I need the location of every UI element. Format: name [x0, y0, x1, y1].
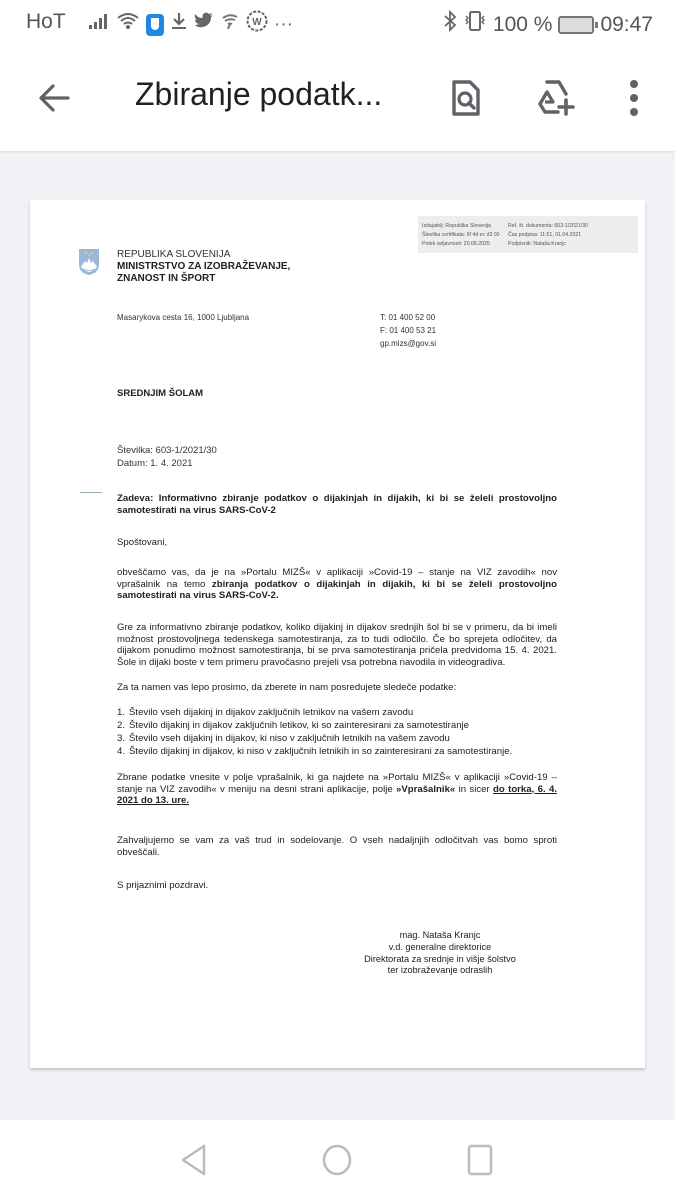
ministry-name-line1: MINISTRSTVO ZA IZOBRAŽEVANJE,	[117, 261, 290, 273]
paragraph-1: obveščamo vas, da je na »Portalu MIZŠ« v…	[117, 567, 557, 602]
paragraph-3: Za ta namen vas lepo prosimo, da zberete…	[117, 682, 557, 694]
nav-home-button[interactable]	[317, 1140, 357, 1180]
ministry-address: Masarykova cesta 16, 1000 Ljubljana	[117, 313, 249, 322]
signature-block: mag. Nataša Kranjc v.d. generalne direkt…	[340, 930, 540, 977]
document-title: Zbiranje podatk...	[135, 76, 382, 113]
subject-line: Zadeva: Informativno zbiranje podatkov o…	[117, 493, 557, 516]
carrier-name: HoT	[26, 10, 66, 34]
republic-name: REPUBLIKA SLOVENIJA	[117, 249, 290, 261]
sig-expiry: Potek veljavnosti: 20.08.2025	[422, 240, 508, 249]
more-options-button[interactable]	[610, 74, 658, 122]
document-search-icon	[442, 74, 490, 122]
back-button[interactable]	[34, 78, 74, 118]
battery-icon	[558, 16, 594, 34]
square-recents-icon	[461, 1140, 501, 1180]
system-navigation-bar	[0, 1120, 675, 1200]
document-number: Številka: 603-1/2021/30	[117, 444, 217, 457]
weather-icon	[220, 12, 240, 37]
fold-mark	[80, 492, 102, 493]
notification-icons: W ···	[88, 10, 293, 39]
nav-recents-button[interactable]	[461, 1140, 501, 1180]
sig-signer: Podpisnik: Nataša Kranjc	[508, 240, 566, 249]
sig-ref: Ref. št. dokumenta: 603-1/2021/30	[508, 222, 588, 231]
list-item: 2.Število dijakinj in dijakov zaključnih…	[117, 719, 567, 732]
ministry-name-line2: ZNANOST IN ŠPORT	[117, 273, 290, 285]
recipient: SREDNJIM ŠOLAM	[117, 388, 203, 399]
contact-block: T: 01 400 52 00 F: 01 400 53 21 gp.mizs@…	[380, 311, 436, 350]
arrow-left-icon	[34, 78, 74, 118]
wifi-icon	[116, 11, 140, 38]
add-to-drive-button[interactable]	[530, 74, 578, 122]
greeting: Spoštovani,	[117, 537, 557, 549]
more-notifications-icon: ···	[274, 13, 293, 37]
ministry-header: REPUBLIKA SLOVENIJA MINISTRSTVO ZA IZOBR…	[117, 249, 290, 285]
pdf-viewer[interactable]: Izdajatelj: Republika SlovenijaRef. št. …	[0, 153, 675, 1119]
document-date: Datum: 1. 4. 2021	[117, 457, 217, 470]
signer-dept-1: Direktorata za srednje in višje šolstvo	[340, 954, 540, 966]
signer-dept-2: ter izobraževanje odraslih	[340, 965, 540, 977]
email[interactable]: gp.mizs@gov.si	[380, 337, 436, 350]
battery-percent: 100 %	[493, 13, 553, 37]
paragraph-4: Zbrane podatke vnesite v polje vprašalni…	[117, 772, 557, 807]
download-icon	[170, 11, 188, 38]
twitter-icon	[194, 12, 214, 37]
digital-signature-box: Izdajatelj: Republika SlovenijaRef. št. …	[418, 216, 638, 253]
phone: T: 01 400 52 00	[380, 311, 436, 324]
drive-add-icon	[530, 74, 578, 122]
status-bar: HoT W ··· 100 % 09:47	[0, 0, 675, 48]
nav-back-button[interactable]	[173, 1140, 213, 1180]
pdf-page: Izdajatelj: Republika SlovenijaRef. št. …	[30, 200, 645, 1068]
system-indicators: 100 % 09:47	[443, 10, 653, 39]
w-app-icon: W	[246, 10, 268, 39]
list-item: 3.Število vseh dijakinj in dijakov, ki n…	[117, 732, 567, 745]
sig-issuer: Izdajatelj: Republika Slovenija	[422, 222, 508, 231]
document-reference: Številka: 603-1/2021/30 Datum: 1. 4. 202…	[117, 444, 217, 470]
fax: F: 01 400 53 21	[380, 324, 436, 337]
signer-title: v.d. generalne direktorice	[340, 942, 540, 954]
paragraph-2: Gre za informativno zbiranje podatkov, k…	[117, 622, 557, 668]
slovenia-coat-of-arms-icon	[78, 248, 100, 276]
app-bar: Zbiranje podatk...	[0, 48, 675, 152]
bluetooth-icon	[443, 10, 457, 39]
signal-icon	[88, 12, 110, 37]
sig-cert: Številka certifikata: 9f 4d ec d3 00	[422, 231, 508, 240]
requested-data-list: 1.Število vseh dijakinj in dijakov zaklj…	[117, 706, 567, 758]
shield-app-icon	[146, 14, 164, 36]
svg-text:W: W	[252, 17, 262, 28]
more-vert-icon	[610, 74, 658, 122]
list-item: 1.Število vseh dijakinj in dijakov zaklj…	[117, 706, 567, 719]
closing: S prijaznimi pozdravi.	[117, 880, 557, 892]
sig-time: Čas podpisa: 11:51, 01.04.2021	[508, 231, 581, 240]
list-item: 4.Število dijakinj in dijakov, ki niso v…	[117, 745, 567, 758]
signer-name: mag. Nataša Kranjc	[340, 930, 540, 942]
find-in-document-button[interactable]	[442, 74, 490, 122]
circle-home-icon	[317, 1140, 357, 1180]
vibrate-icon	[463, 10, 487, 39]
triangle-back-icon	[173, 1140, 213, 1180]
paragraph-5: Zahvaljujemo se vam za vaš trud in sodel…	[117, 835, 557, 858]
clock: 09:47	[600, 13, 653, 37]
